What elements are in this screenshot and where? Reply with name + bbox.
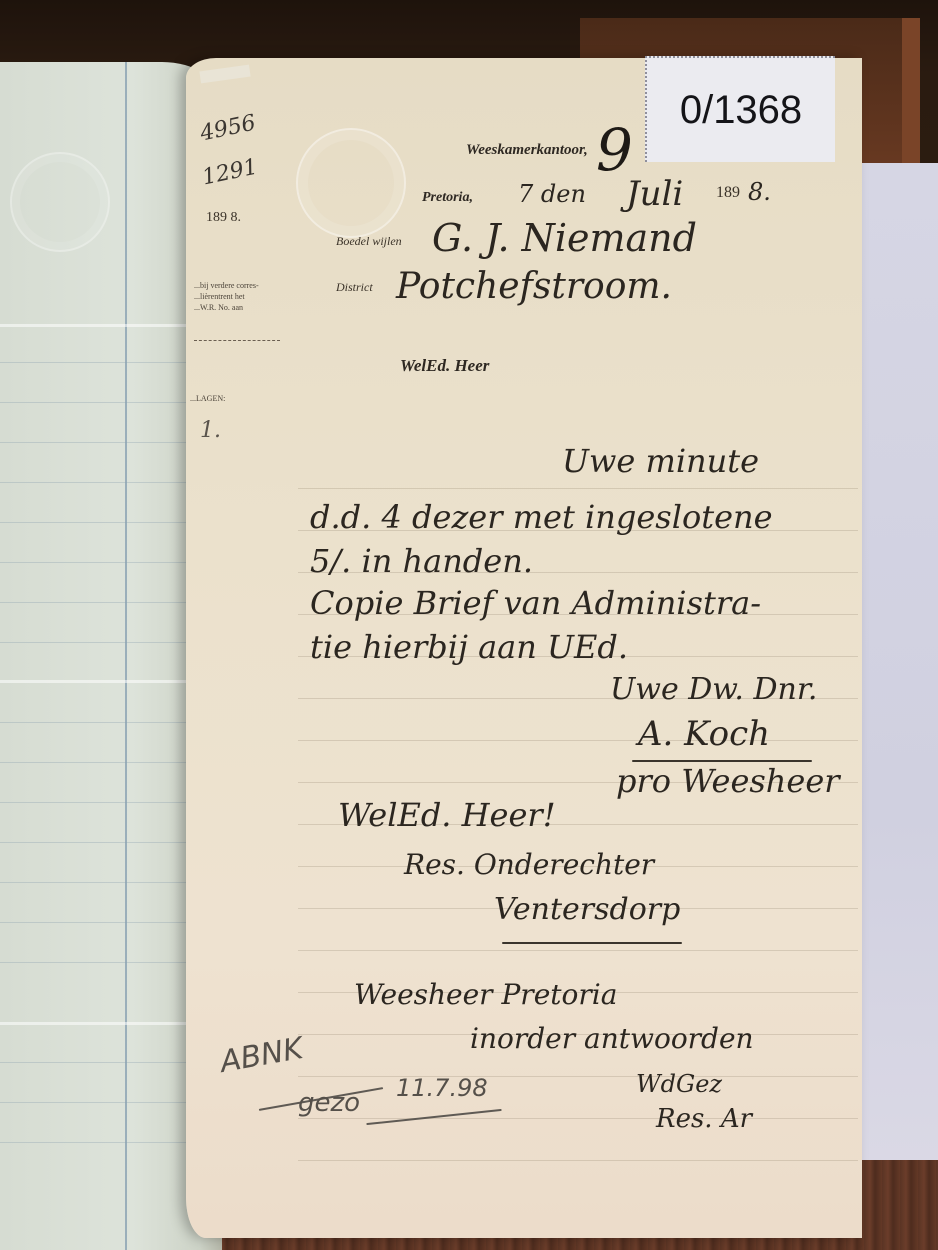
letter-page: 4956 1291 189 8. ...bij verdere corres- … — [186, 58, 862, 1238]
pencil-mark: gezo — [298, 1088, 360, 1118]
ruled-line — [298, 950, 858, 951]
margin-printed-instruction: ...bij verdere corres- ...lièrentrent he… — [194, 280, 259, 313]
instruction-line: ...W.R. No. aan — [194, 302, 259, 313]
ruled-line — [298, 1118, 858, 1119]
reply-addressee-place: Ventersdorp — [494, 892, 680, 927]
pencil-initials: ABNK — [218, 1031, 306, 1080]
margin-ref-line-1: 4956 — [198, 110, 258, 146]
archive-reference-label: 0/1368 — [645, 56, 835, 162]
valediction: Uwe Dw. Dnr. — [610, 672, 817, 707]
signer-title: pro Weesheer — [616, 762, 840, 800]
body-line-3: 5/. in handen. — [310, 542, 533, 580]
background-white-sheet — [852, 163, 938, 1238]
body-line-1: Uwe minute — [562, 442, 759, 480]
date-month: Juli — [626, 174, 683, 214]
ruled-line — [298, 488, 858, 489]
salutation: WelEd. Heer — [400, 356, 489, 376]
bijlagen-label: ...LAGEN: — [190, 394, 225, 403]
estate-label: Boedel wijlen — [336, 234, 402, 249]
office-heading: Weeskamerkantoor, — [466, 142, 588, 159]
instruction-line: ...bij verdere corres- — [194, 280, 259, 291]
body-line-2: d.d. 4 dezer met ingeslotene — [310, 498, 773, 536]
endorsement-signature-2: Res. Ar — [656, 1104, 752, 1134]
endorsement-line-2: inorder antwoorden — [470, 1022, 754, 1055]
body-line-4: Copie Brief van Administra- — [310, 584, 761, 622]
margin-rule — [125, 62, 127, 1250]
body-line-5: tie hierbij aan UEd. — [310, 628, 628, 666]
estate-name: G. J. Niemand — [432, 216, 697, 260]
endorsement-signature-1: WdGez — [636, 1070, 722, 1098]
district-label: District — [336, 280, 373, 295]
reply-addressee-title: Res. Onderechter — [404, 848, 654, 881]
ruled-line — [298, 740, 858, 741]
margin-year: 189 8. — [206, 210, 241, 226]
ruled-line — [298, 1160, 858, 1161]
pencil-date-underline — [366, 1109, 501, 1125]
margin-divider — [194, 340, 280, 341]
embossed-seal-icon — [296, 128, 406, 238]
endorsement-line-1: Weesheer Pretoria — [354, 978, 617, 1011]
embossed-seal-icon — [10, 152, 110, 252]
bijlagen-count: 1. — [200, 418, 221, 443]
date-day: 7 den — [518, 180, 586, 208]
signature: A. Koch — [638, 714, 770, 754]
year-suffix: 8. — [748, 178, 771, 206]
ruled-line — [298, 1076, 858, 1077]
year-prefix: 189 — [716, 184, 740, 202]
place-underline — [502, 942, 682, 944]
margin-ref-line-2: 1291 — [200, 154, 260, 190]
instruction-line: ...lièrentrent het — [194, 291, 259, 302]
place-label: Pretoria, — [422, 190, 473, 206]
reply-salutation: WelEd. Heer! — [338, 796, 556, 834]
pencil-date: 11.7.98 — [396, 1074, 488, 1102]
district-name: Potchefstroom. — [396, 266, 672, 307]
